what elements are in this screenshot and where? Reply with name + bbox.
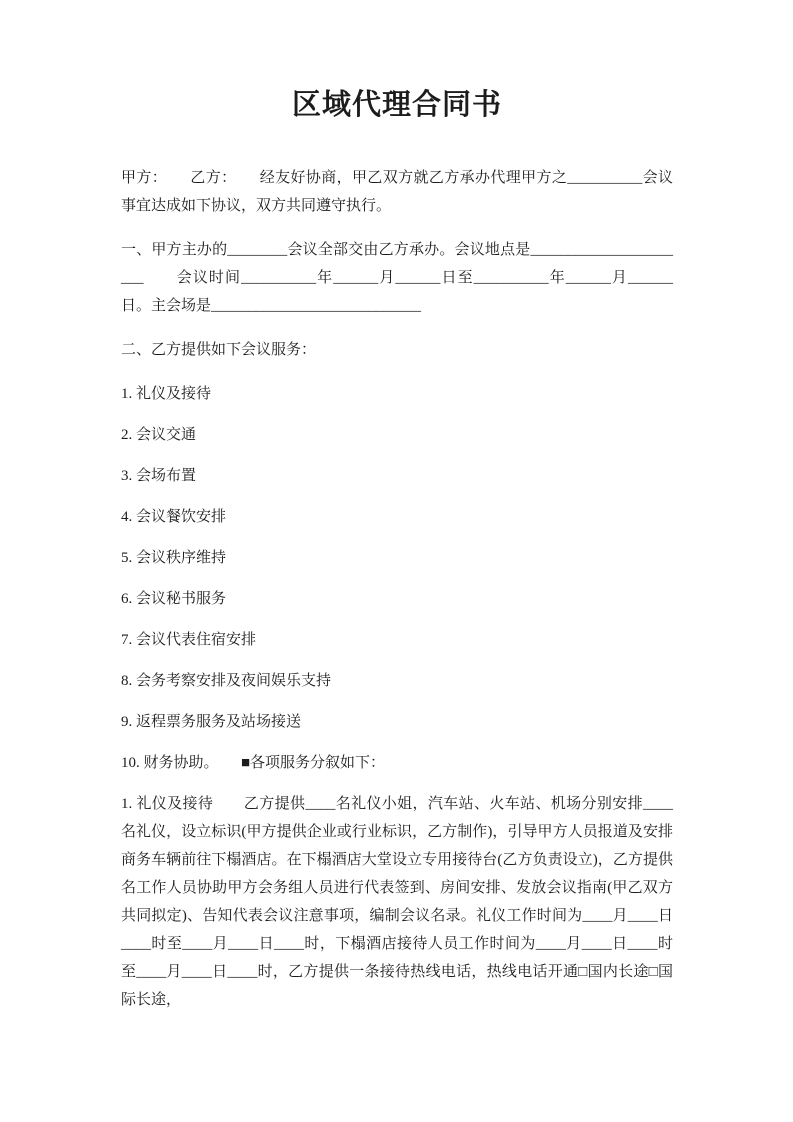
service-item-2: 2. 会议交通 — [121, 421, 673, 449]
document-page: 区域代理合同书 甲方： 乙方： 经友好协商，甲乙双方就乙方承办代理甲方之____… — [0, 0, 793, 1122]
service-item-4: 4. 会议餐饮安排 — [121, 503, 673, 531]
clause-2-heading: 二、乙方提供如下会议服务： — [121, 336, 673, 364]
service-item-3: 3. 会场布置 — [121, 462, 673, 490]
clause-1-paragraph: 一、甲方主办的________会议全部交由乙方承办。会议地点是_________… — [121, 236, 673, 320]
services-list: 1. 礼仪及接待 2. 会议交通 3. 会场布置 4. 会议餐饮安排 5. 会议… — [121, 380, 673, 777]
document-title: 区域代理合同书 — [121, 86, 673, 124]
service-item-7: 7. 会议代表住宿安排 — [121, 626, 673, 654]
intro-paragraph: 甲方： 乙方： 经友好协商，甲乙双方就乙方承办代理甲方之__________会议… — [121, 164, 673, 220]
service-detail-paragraph: 1. 礼仪及接待 乙方提供____名礼仪小姐，汽车站、火车站、机场分别安排___… — [121, 790, 673, 1014]
service-item-1: 1. 礼仪及接待 — [121, 380, 673, 408]
service-item-10: 10. 财务协助。 ■各项服务分叙如下： — [121, 749, 673, 777]
service-item-6: 6. 会议秘书服务 — [121, 585, 673, 613]
service-item-5: 5. 会议秩序维持 — [121, 544, 673, 572]
service-item-8: 8. 会务考察安排及夜间娱乐支持 — [121, 667, 673, 695]
service-item-9: 9. 返程票务服务及站场接送 — [121, 708, 673, 736]
